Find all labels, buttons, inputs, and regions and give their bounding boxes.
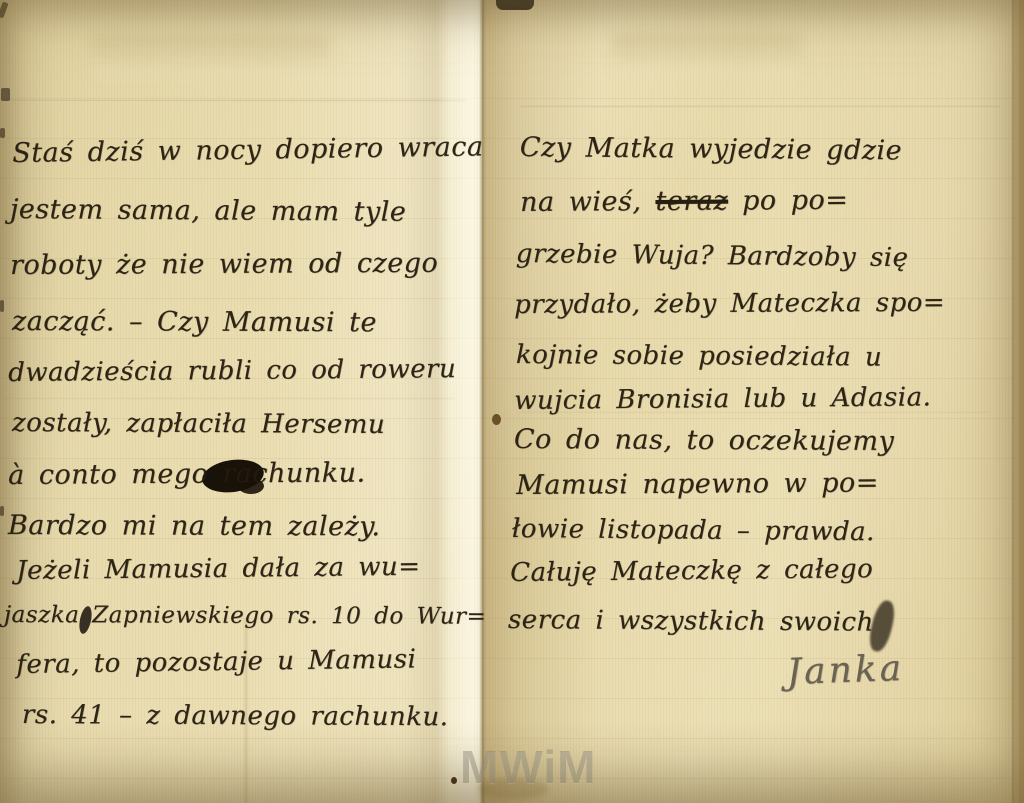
handwriting-line: zacząć. – Czy Mamusi te bbox=[12, 306, 377, 338]
handwriting-line: jaszka Zapniewskiego rs. 10 do Wur= bbox=[4, 602, 486, 630]
handwriting-line: łowie listopada – prawda. bbox=[512, 514, 875, 547]
struck-word: teraz bbox=[655, 186, 728, 218]
handwriting-line: rs. 41 – z dawnego rachunku. bbox=[22, 700, 449, 732]
handwriting-line: wujcia Bronisia lub u Adasia. bbox=[514, 382, 931, 416]
handwriting-line: Bardzo mi na tem zależy. bbox=[8, 510, 381, 542]
handwriting-line: serca i wszystkich swoich bbox=[508, 605, 874, 638]
handwriting-line: grzebie Wuja? Bardzoby się bbox=[516, 239, 909, 273]
handwriting-line: roboty że nie wiem od czego bbox=[10, 248, 438, 281]
handwriting-line: Czy Matka wyjedzie gdzie bbox=[520, 132, 902, 166]
archive-watermark: MWiM bbox=[460, 740, 596, 794]
dirt-speck bbox=[451, 777, 457, 784]
handwriting-line: zostały, zapłaciła Hersemu bbox=[12, 408, 385, 440]
edge-mark bbox=[1, 88, 10, 101]
edge-mark bbox=[0, 300, 4, 312]
handwriting-line: na wieś, teraz po po= bbox=[520, 185, 848, 218]
handwriting-line: dwadzieścia rubli co od roweru bbox=[8, 354, 456, 388]
handwriting-line: Jeżeli Mamusia dała za wu= bbox=[16, 552, 421, 586]
letter-scan: MWiM Staś dziś w nocy dopiero wracajeste… bbox=[0, 0, 1024, 803]
signature: Janka bbox=[786, 648, 905, 693]
handwriting-line: à conto mego rachunku. bbox=[8, 458, 366, 491]
edge-mark bbox=[0, 506, 4, 516]
left-page bbox=[0, 0, 482, 803]
handwriting-line: Całuję Mateczkę z całego bbox=[510, 554, 873, 588]
handwriting-line: Staś dziś w nocy dopiero wraca bbox=[12, 131, 484, 169]
handwriting-line: fera, to pozostaje u Mamusi bbox=[16, 644, 417, 680]
handwriting-line: jestem sama, ale mam tyle bbox=[10, 194, 407, 228]
binding-notch bbox=[496, 0, 534, 10]
handwriting-line: kojnie sobie posiedziała u bbox=[516, 340, 882, 373]
handwriting-line: Co do nas, to oczekujemy bbox=[514, 424, 895, 457]
handwriting-line: przydało, żeby Mateczka spo= bbox=[514, 288, 945, 320]
edge-mark bbox=[0, 128, 5, 138]
dirt-speck bbox=[492, 414, 501, 425]
handwriting-line: Mamusi napewno w po= bbox=[516, 467, 879, 501]
